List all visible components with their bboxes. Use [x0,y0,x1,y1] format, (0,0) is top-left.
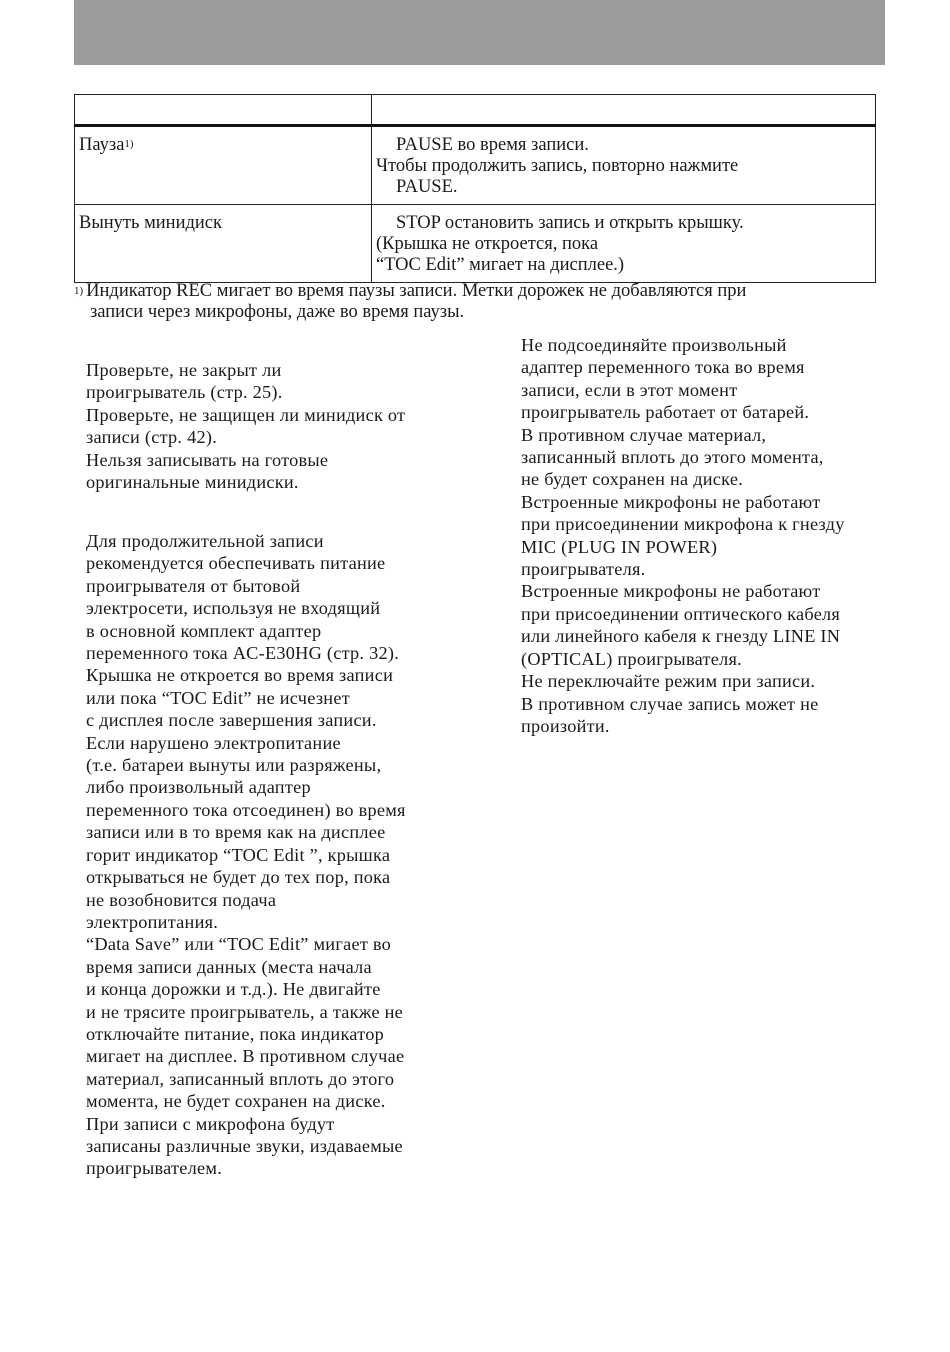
text-line: произойти. [521,715,901,737]
text-line: мигает на дисплее. В противном случае [86,1045,466,1067]
text-line: записанный вплоть до этого момента, [521,446,901,468]
text-line: Проверьте, не защищен ли минидиск от [86,404,466,426]
footnote: 1)Индикатор REC мигает во время паузы за… [74,281,884,323]
text-line: отключайте питание, пока индикатор [86,1023,466,1045]
text-line: и не трясите проигрыватель, а также не [86,1001,466,1023]
text-line: Нельзя записывать на готовые [86,449,466,471]
text-line: (т.е. батареи вынуты или разряжены, [86,754,466,776]
text-line: Не подсоединяйте произвольный [521,334,901,356]
text-line: Встроенные микрофоны не работают [521,580,901,602]
text-line: проигрывателем. [86,1157,466,1179]
text-line: открываться не будет до тех пор, пока [86,866,466,888]
action-line: PAUSE во время записи. [376,135,871,156]
text-line: или пока “TOC Edit” не исчезнет [86,687,466,709]
text-line: с дисплея после завершения записи. [86,709,466,731]
text-line: и конца дорожки и т.д.). Не двигайте [86,978,466,1000]
text-line: оригинальные минидиски. [86,471,466,493]
table-row: Пауза1) PAUSE во время записи. Чтобы про… [75,126,876,205]
table-header-operation [75,95,372,126]
table-row: Вынуть минидиск STOP остановить запись и… [75,205,876,283]
text-line: горит индикатор “TOC Edit ”, крышка [86,844,466,866]
text-line: при присоединении микрофона к гнезду [521,513,901,535]
text-line: в основной комплект адаптер [86,620,466,642]
text-line: переменного тока AC-E30HG (стр. 32). [86,642,466,664]
operation-label: Вынуть минидиск [79,213,222,233]
text-line: электропитания. [86,911,466,933]
text-line: момента, не будет сохранен на диске. [86,1090,466,1112]
table-header-row [75,95,876,126]
text-line: не будет сохранен на диске. [521,468,901,490]
left-column-block-1: Проверьте, не закрыт липроигрыватель (ст… [86,359,466,493]
text-line: переменного тока отсоединен) во время [86,799,466,821]
action-line: PAUSE. [376,177,871,198]
text-line: рекомендуется обеспечивать питание [86,552,466,574]
text-line: или линейного кабеля к гнезду LINE IN [521,625,901,647]
text-line: материал, записанный вплоть до этого [86,1068,466,1090]
footnote-mark: 1) [74,285,83,297]
header-band [74,0,885,65]
text-line: не возобновится подача [86,889,466,911]
footnote-line: записи через микрофоны, даже во время па… [74,302,884,323]
text-line: записи или в то время как на дисплее [86,821,466,843]
text-line: При записи с микрофона будут [86,1113,466,1135]
text-line: (OPTICAL) проигрывателя. [521,648,901,670]
text-line: записи, если в этот момент [521,379,901,401]
action-line: (Крышка не откроется, пока [376,234,871,255]
text-line: записи (стр. 42). [86,426,466,448]
text-line: В противном случае запись может не [521,693,901,715]
table-cell-operation: Пауза1) [75,126,372,205]
text-line: Для продолжительной записи [86,530,466,552]
text-line: проигрывателя от бытовой [86,575,466,597]
operation-label: Пауза [79,135,124,155]
text-line: проигрыватель (стр. 25). [86,381,466,403]
left-column-block-2: Для продолжительной записирекомендуется … [86,530,466,1180]
text-line: адаптер переменного тока во время [521,356,901,378]
right-column: Не подсоединяйте произвольныйадаптер пер… [521,334,901,737]
action-line: Чтобы продолжить запись, повторно нажмит… [376,156,871,177]
text-line: либо произвольный адаптер [86,776,466,798]
text-line: Крышка не откроется во время записи [86,664,466,686]
table-cell-action: PAUSE во время записи. Чтобы продолжить … [372,126,876,205]
operations-table: Пауза1) PAUSE во время записи. Чтобы про… [74,94,876,283]
table-cell-operation: Вынуть минидиск [75,205,372,283]
text-line: электросети, используя не входящий [86,597,466,619]
table-cell-action: STOP остановить запись и открыть крышку.… [372,205,876,283]
text-line: проигрывателя. [521,558,901,580]
text-line: MIC (PLUG IN POWER) [521,536,901,558]
text-line: “Data Save” или “TOC Edit” мигает во [86,933,466,955]
text-line: записаны различные звуки, издаваемые [86,1135,466,1157]
action-line: “TOC Edit” мигает на дисплее.) [376,255,871,276]
text-line: время записи данных (места начала [86,956,466,978]
text-line: Проверьте, не закрыт ли [86,359,466,381]
footnote-ref: 1) [124,138,133,150]
text-line: В противном случае материал, [521,424,901,446]
text-line: Встроенные микрофоны не работают [521,491,901,513]
footnote-line: Индикатор REC мигает во время паузы запи… [86,281,746,301]
text-line: проигрыватель работает от батарей. [521,401,901,423]
text-line: при присоединении оптического кабеля [521,603,901,625]
text-line: Не переключайте режим при записи. [521,670,901,692]
action-line: STOP остановить запись и открыть крышку. [376,213,871,234]
text-line: Если нарушено электропитание [86,732,466,754]
table-header-action [372,95,876,126]
